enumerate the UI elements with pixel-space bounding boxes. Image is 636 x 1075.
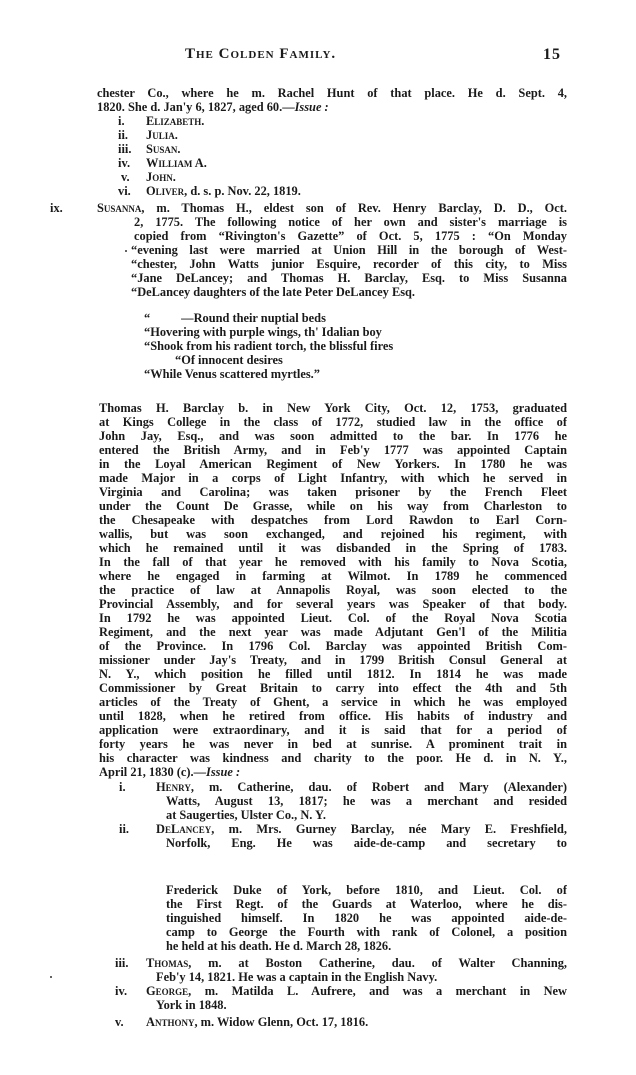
- list-item: Susan.: [146, 142, 181, 156]
- list-item: William A.: [146, 156, 207, 170]
- text-line: 1820. She d. Jan'y 6, 1827, aged 60.—Iss…: [97, 100, 329, 114]
- stray-mark: [125, 250, 127, 252]
- text-span: d. s. p. Nov. 22, 1819.: [187, 184, 301, 198]
- text-line: tinguished himself. In 1820 he was appoi…: [166, 911, 567, 925]
- text-line: until 1828, when he retired from office.…: [99, 709, 567, 723]
- text-line: Frederick Duke of York, before 1810, and…: [166, 883, 567, 897]
- list-numeral: ii.: [118, 128, 128, 142]
- child-name: Oliver,: [146, 184, 187, 198]
- text-span: April 21, 1830 (c).—: [99, 765, 206, 779]
- child-name: George,: [146, 984, 191, 998]
- poem-line: “Of innocent desires: [175, 353, 283, 367]
- child-name: Anthony,: [146, 1015, 198, 1029]
- poem-line: “Hovering with purple wings, th' Idalian…: [144, 325, 382, 339]
- text-span: m. Mrs. Gurney Barclay, née Mary E. Fres…: [214, 822, 567, 836]
- text-line: camp to George the Fourth with rank of C…: [166, 925, 567, 939]
- text-line: entered the British Army, and in Feb'y 1…: [99, 443, 567, 457]
- text-line: copied from “Rivington's Gazette” of Oct…: [134, 229, 567, 243]
- text-line: John Jay, Esq., and was soon admitted to…: [99, 429, 567, 443]
- text-line: at Saugerties, Ulster Co., N. Y.: [166, 808, 326, 822]
- list-item: John.: [146, 170, 176, 184]
- child-name: Julia.: [146, 128, 178, 142]
- text-span: 1820. She d. Jan'y 6, 1827, aged 60.—: [97, 100, 295, 114]
- text-line: he held at his death. He d. March 28, 18…: [166, 939, 391, 953]
- list-numeral: i.: [119, 780, 126, 794]
- text-line: 2, 1775. The following notice of her own…: [134, 215, 567, 229]
- text-line: where he engaged in farming at Wilmot. I…: [99, 569, 567, 583]
- text-line: in the Loyal American Regiment of New Yo…: [99, 457, 567, 471]
- list-item: Elizabeth.: [146, 114, 204, 128]
- text-line: Regiment, and the next year was made Adj…: [99, 625, 567, 639]
- child-name: Susan.: [146, 142, 181, 156]
- running-title: The Colden Family.: [185, 46, 375, 63]
- text-line: Watts, August 13, 1817; he was a merchan…: [166, 794, 567, 808]
- list-item: Henry, m. Catherine, dau. of Robert and …: [156, 780, 567, 794]
- text-line: April 21, 1830 (c).—Issue :: [99, 765, 240, 779]
- text-line: Provincial Assembly, and for several yea…: [99, 597, 567, 611]
- list-numeral: ii.: [119, 822, 129, 836]
- list-item: Anthony, m. Widow Glenn, Oct. 17, 1816.: [146, 1015, 368, 1029]
- text-span: m. Matilda L. Aufrere, and was a merchan…: [191, 984, 567, 998]
- list-numeral: iv.: [118, 156, 130, 170]
- text-line: the First Regt. of the Guards at Waterlo…: [166, 897, 567, 911]
- list-numeral: vi.: [118, 184, 131, 198]
- text-line: wallis, but was soon exchanged, and rejo…: [99, 527, 567, 541]
- text-line: application were extraordinary, and it i…: [99, 723, 567, 737]
- text-line: York in 1848.: [156, 998, 227, 1012]
- stray-mark: [50, 976, 52, 978]
- page-number: 15: [543, 46, 561, 64]
- list-item: Thomas, m. at Boston Catherine, dau. of …: [146, 956, 567, 970]
- text-line: Commissioner by Great Britain to carry i…: [99, 681, 567, 695]
- text-line: made Major in a corps of Light Infantry,…: [99, 471, 567, 485]
- text-line: “evening last were married at Union Hill…: [131, 243, 567, 257]
- poem-line: “ —Round their nuptial beds: [144, 311, 326, 325]
- text-line: “chester, John Watts junior Esquire, rec…: [131, 257, 567, 271]
- text-line: Virginia and Carolina; was taken prisone…: [99, 485, 567, 499]
- child-name: William A.: [146, 156, 207, 170]
- issue-label: Issue :: [295, 100, 329, 114]
- text-line: Susanna, m. Thomas H., eldest son of Rev…: [97, 201, 567, 215]
- text-line: chester Co., where he m. Rachel Hunt of …: [97, 86, 567, 100]
- document-page: The Colden Family. 15 chester Co., where…: [0, 0, 636, 1075]
- text-span: m. Thomas H., eldest son of Rev. Henry B…: [145, 201, 568, 215]
- poem-line: “Shook from his radient torch, the bliss…: [144, 339, 393, 353]
- text-line: which he remained until it was disbanded…: [99, 541, 567, 555]
- text-line: Feb'y 14, 1821. He was a captain in the …: [156, 970, 437, 984]
- text-line: missioner under Jay's Treaty, and in 179…: [99, 653, 567, 667]
- poem-line: “While Venus scattered myrtles.”: [144, 367, 320, 381]
- text-span: m. at Boston Catherine, dau. of Walter C…: [191, 956, 567, 970]
- text-line: his character was kindness and charity t…: [99, 751, 567, 765]
- text-line: N. Y., which position he filled until 18…: [99, 667, 567, 681]
- list-numeral: iv.: [115, 984, 127, 998]
- list-numeral: iii.: [118, 142, 131, 156]
- list-numeral: i.: [118, 114, 125, 128]
- child-name: Henry,: [156, 780, 194, 794]
- child-name: Elizabeth.: [146, 114, 204, 128]
- list-item: DeLancey, m. Mrs. Gurney Barclay, née Ma…: [156, 822, 567, 836]
- list-item: Oliver, d. s. p. Nov. 22, 1819.: [146, 184, 301, 198]
- text-span: m. Widow Glenn, Oct. 17, 1816.: [198, 1015, 369, 1029]
- text-line: “DeLancey daughters of the late Peter De…: [131, 285, 415, 299]
- child-name: John.: [146, 170, 176, 184]
- text-line: under the Count De Grasse, while on his …: [99, 499, 567, 513]
- text-line: Norfolk, Eng. He was aide-de-camp and se…: [166, 836, 567, 850]
- text-line: of the Province. In 1796 Col. Barclay wa…: [99, 639, 567, 653]
- entry-numeral: ix.: [50, 201, 63, 215]
- text-line: the Chesapeake with despatches from Lord…: [99, 513, 567, 527]
- list-item: George, m. Matilda L. Aufrere, and was a…: [146, 984, 567, 998]
- entry-name: Susanna,: [97, 201, 145, 215]
- issue-label: Issue :: [206, 765, 240, 779]
- text-line: In 1792 he was appointed Lieut. Col. of …: [99, 611, 567, 625]
- child-name: DeLancey,: [156, 822, 214, 836]
- list-numeral: v.: [121, 170, 130, 184]
- list-numeral: v.: [115, 1015, 124, 1029]
- list-numeral: iii.: [115, 956, 128, 970]
- text-line: articles of the Treaty of Ghent, a servi…: [99, 695, 567, 709]
- text-line: the practice of law at Annapolis Royal, …: [99, 583, 567, 597]
- text-line: “Jane DeLancey; and Thomas H. Barclay, E…: [131, 271, 567, 285]
- text-line: In the fall of that year he removed with…: [99, 555, 567, 569]
- text-span: m. Catherine, dau. of Robert and Mary (A…: [194, 780, 567, 794]
- text-line: Thomas H. Barclay b. in New York City, O…: [99, 401, 567, 415]
- text-line: forty years he was never in bed at sunri…: [99, 737, 567, 751]
- text-line: at Kings College in the class of 1772, s…: [99, 415, 567, 429]
- child-name: Thomas,: [146, 956, 191, 970]
- list-item: Julia.: [146, 128, 178, 142]
